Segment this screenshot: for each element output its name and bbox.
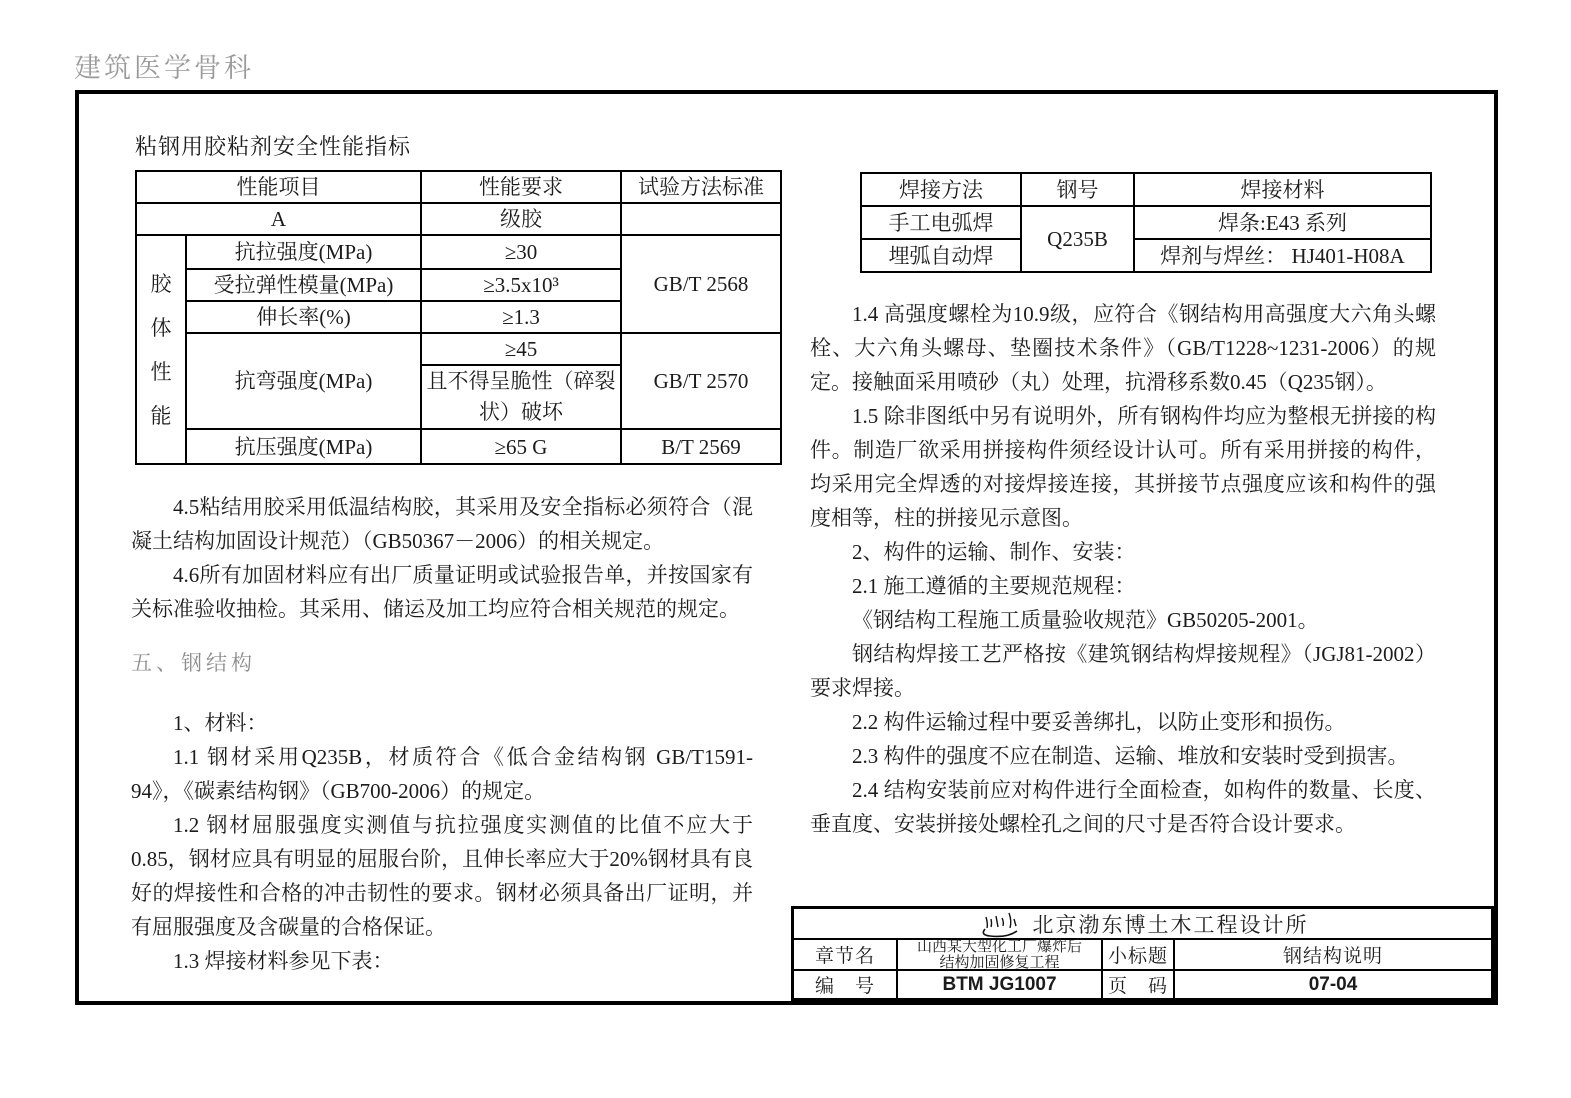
paragraph-4-6: 4.6所有加固材料应有出厂质量证明或试验报告单，并按国家有关标准验收抽检。其采用… <box>131 558 753 626</box>
header-welding-material: 焊接材料 <box>1134 173 1431 206</box>
adhesive-performance-table: 性能项目 性能要求 试验方法标准 A 级胶 胶体性能 抗拉强度(MPa) ≥30… <box>135 170 782 465</box>
right-text-column: 1.4 高强度螺栓为10.9级，应符合《钢结构用高强度大六角头螺栓、大六角头螺母… <box>810 297 1436 841</box>
cell-grade-glue: 级胶 <box>421 203 621 235</box>
table-row: 胶体性能 抗拉强度(MPa) ≥30 GB/T 2568 <box>136 235 781 269</box>
cell-standard-bt2569: B/T 2569 <box>621 429 781 464</box>
project-name-line1: 山西某大型化工厂爆炸后 <box>917 939 1082 955</box>
drawing-title-block: 北京渤东博土木工程设计所 章节名 山西某大型化工厂爆炸后 结构加固修复工程 小标… <box>791 906 1494 1001</box>
cell-electrode-e43: 焊条:E43 系列 <box>1134 206 1431 239</box>
paragraph-2: 2、构件的运输、制作、安装： <box>810 535 1436 569</box>
cell-tensile-strength: 抗拉强度(MPa) <box>186 235 421 269</box>
page-label: 页 码 <box>1103 971 1175 998</box>
paragraph-1-5: 1.5 除非图纸中另有说明外，所有钢构件均应为整根无拼接的构件。制造厂欲采用拼接… <box>810 399 1436 535</box>
cell-bending-note: 且不得呈脆性（碎裂状）破坏 <box>421 365 621 429</box>
cell-elongation-value: ≥1.3 <box>421 301 621 333</box>
paragraph-code-jgj81: 钢结构焊接工艺严格按《建筑钢结构焊接规程》（JGJ81-2002）要求焊接。 <box>810 637 1436 705</box>
cell-bending-strength: 抗弯强度(MPa) <box>186 333 421 429</box>
cell-standard-gbt2570: GB/T 2570 <box>621 333 781 429</box>
chapter-name-label: 章节名 <box>794 940 898 969</box>
cell-empty <box>621 203 781 235</box>
project-name-line2: 结构加固修复工程 <box>939 955 1059 971</box>
welding-materials-table: 焊接方法 钢号 焊接材料 手工电弧焊 Q235B 焊条:E43 系列 埋弧自动焊… <box>860 172 1432 273</box>
cell-grade-a: A <box>136 203 421 235</box>
header-steel-grade: 钢号 <box>1021 173 1134 206</box>
cell-modulus-value: ≥3.5x10³ <box>421 269 621 301</box>
cell-tensile-value: ≥30 <box>421 235 621 269</box>
cell-steel-q235b: Q235B <box>1021 206 1134 272</box>
subtitle-value: 钢结构说明 <box>1175 940 1491 969</box>
left-text-column: 4.5粘结用胶采用低温结构胶，其采用及安全指标必须符合（混凝土结构加固设计规范）… <box>131 490 753 978</box>
paragraph-2-4: 2.4 结构安装前应对构件进行全面检查，如构件的数量、长度、垂直度、安装拼接处螺… <box>810 773 1436 841</box>
cell-flux-wire: 焊剂与焊丝： HJ401-H08A <box>1134 239 1431 272</box>
paragraph-4-5: 4.5粘结用胶采用低温结构胶，其采用及安全指标必须符合（混凝土结构加固设计规范）… <box>131 490 753 558</box>
title-block-row: 编 号 BTM JG1007 页 码 07-04 <box>794 971 1491 998</box>
cell-elastic-modulus: 受拉弹性模量(MPa) <box>186 269 421 301</box>
cell-submerged-arc-welding: 埋弧自动焊 <box>861 239 1021 272</box>
cell-compressive-value: ≥65 G <box>421 429 621 464</box>
number-label: 编 号 <box>794 971 898 998</box>
paragraph-1-1: 1.1 钢材采用Q235B，材质符合《低合金结构钢 GB/T1591-94》，《… <box>131 740 753 808</box>
cell-elongation: 伸长率(%) <box>186 301 421 333</box>
project-name: 山西某大型化工厂爆炸后 结构加固修复工程 <box>898 940 1103 969</box>
paragraph-materials: 1、材料： <box>131 706 753 740</box>
paragraph-1-2: 1.2 钢材屈服强度实测值与抗拉强度实测值的比值不应大于0.85，钢材应具有明显… <box>131 808 753 944</box>
header-performance-item: 性能项目 <box>136 171 421 203</box>
paragraph-2-3: 2.3 构件的强度不应在制造、运输、堆放和安装时受到损害。 <box>810 739 1436 773</box>
header-performance-requirement: 性能要求 <box>421 171 621 203</box>
title-block-row: 章节名 山西某大型化工厂爆炸后 结构加固修复工程 小标题 钢结构说明 <box>794 940 1491 971</box>
group-label-text: 胶体性能 <box>151 262 172 438</box>
table-row: 抗压强度(MPa) ≥65 G B/T 2569 <box>136 429 781 464</box>
table-row: A 级胶 <box>136 203 781 235</box>
table-row: 手工电弧焊 Q235B 焊条:E43 系列 <box>861 206 1431 239</box>
cell-standard-gbt2568: GB/T 2568 <box>621 235 781 333</box>
cell-compressive-strength: 抗压强度(MPa) <box>186 429 421 464</box>
subtitle-label: 小标题 <box>1103 940 1175 969</box>
table-row: 埋弧自动焊 焊剂与焊丝： HJ401-H08A <box>861 239 1431 272</box>
cell-bending-value: ≥45 <box>421 333 621 365</box>
paragraph-1-3: 1.3 焊接材料参见下表： <box>131 944 753 978</box>
section-heading-steel-structure: 五、钢结构 <box>131 646 753 680</box>
header-welding-method: 焊接方法 <box>861 173 1021 206</box>
adhesive-table-title: 粘钢用胶粘剂安全性能指标 <box>135 130 411 161</box>
drawing-number-value: BTM JG1007 <box>898 971 1103 998</box>
header-test-method-standard: 试验方法标准 <box>621 171 781 203</box>
paragraph-2-2: 2.2 构件运输过程中要妥善绑扎，以防止变形和损伤。 <box>810 705 1436 739</box>
paragraph-2-1: 2.1 施工遵循的主要规范规程： <box>810 569 1436 603</box>
group-label-glue-body-performance: 胶体性能 <box>136 235 186 464</box>
paragraph-1-4: 1.4 高强度螺栓为10.9级，应符合《钢结构用高强度大六角头螺栓、大六角头螺母… <box>810 297 1436 399</box>
table-row: 抗弯强度(MPa) ≥45 GB/T 2570 <box>136 333 781 365</box>
company-name: 北京渤东博土木工程设计所 <box>1033 909 1309 939</box>
cell-manual-arc-welding: 手工电弧焊 <box>861 206 1021 239</box>
title-block-company-row: 北京渤东博土木工程设计所 <box>794 909 1491 940</box>
company-logo-icon <box>977 910 1023 938</box>
page-watermark: 建筑医学骨科 <box>74 46 254 85</box>
page-number-value: 07-04 <box>1175 971 1491 998</box>
paragraph-code-gb50205: 《钢结构工程施工质量验收规范》GB50205-2001。 <box>810 603 1436 637</box>
table-row: 性能项目 性能要求 试验方法标准 <box>136 171 781 203</box>
table-row: 焊接方法 钢号 焊接材料 <box>861 173 1431 206</box>
drawing-sheet-border: 粘钢用胶粘剂安全性能指标 性能项目 性能要求 试验方法标准 A 级胶 胶体性能 … <box>75 90 1498 1005</box>
